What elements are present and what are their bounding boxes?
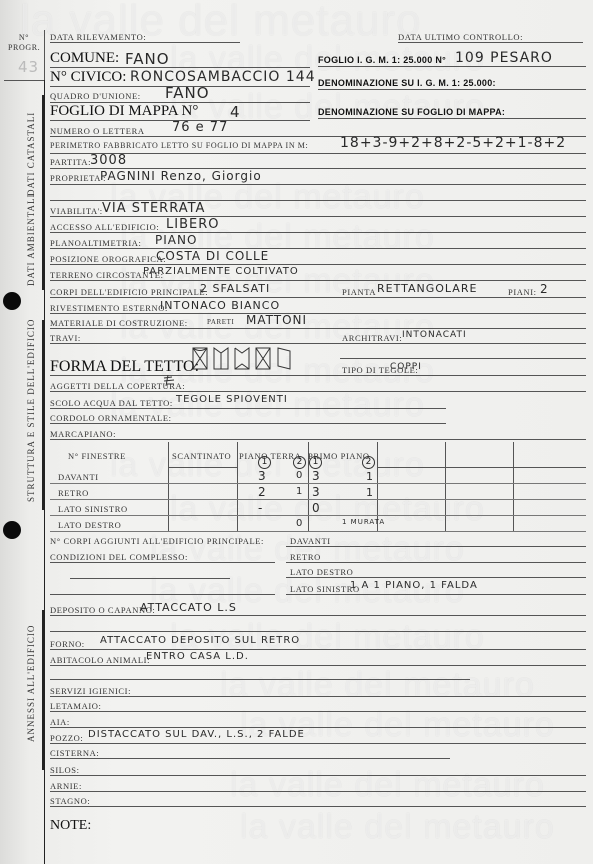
- finestre-pt1: 3: [258, 469, 267, 483]
- quadro-label: QUADRO D'UNIONE:: [50, 91, 141, 101]
- posizione-label: POSIZIONE OROGRAFICA:: [50, 254, 166, 264]
- marcapiano-label: MARCAPIANO:: [50, 429, 116, 439]
- arnie-label: ARNIE:: [50, 781, 82, 791]
- margin-line: [44, 30, 45, 864]
- rule: [377, 467, 586, 468]
- table-row-rule: [50, 483, 586, 484]
- watermark: la valle del metauro: [170, 490, 485, 529]
- section-label-annessi: ANNESSI ALL'EDIFICIO: [26, 625, 36, 742]
- rule: [50, 791, 586, 792]
- partita-value: 3008: [90, 153, 127, 168]
- roof-shape-options: [192, 345, 302, 373]
- rule: [50, 42, 240, 43]
- tipo-tegole-value: COPPI: [390, 362, 422, 372]
- quadro-value: FANO: [165, 84, 210, 102]
- abitacolo-label: ABITACOLO ANIMALI:: [50, 655, 150, 665]
- davanti-label: DAVANTI: [290, 536, 331, 546]
- progr-underline: [4, 80, 44, 81]
- rule: [50, 264, 586, 265]
- condizioni-label: CONDIZIONI DEL COMPLESSO:: [50, 552, 188, 562]
- civico-label: N° CIVICO:: [50, 69, 126, 86]
- rule: [50, 408, 446, 409]
- retro-label: RETRO: [290, 552, 321, 562]
- rule: [168, 467, 238, 468]
- rule: [398, 42, 583, 43]
- finestre-row-label: LATO DESTRO: [58, 520, 121, 530]
- accesso-value: LIBERO: [166, 217, 219, 232]
- rule: [50, 343, 586, 344]
- cisterna-label: CISTERNA:: [50, 748, 99, 758]
- finestre-pp2: 1 MURATA: [342, 518, 385, 526]
- rule: [50, 758, 450, 759]
- pozzo-value: DISTACCATO SUL DAV., L.S., 2 FALDE: [88, 729, 305, 740]
- table-row-rule: [50, 531, 586, 532]
- roof-option-4[interactable]: [256, 348, 270, 369]
- pianta-label: PIANTA: [342, 287, 376, 297]
- rule: [50, 153, 586, 154]
- rule: [50, 665, 586, 666]
- table-row-rule: [50, 499, 586, 500]
- rule: [318, 118, 586, 119]
- finestre-header-label: N° FINESTRE: [68, 451, 126, 461]
- rule: [50, 423, 446, 424]
- forno-value: ATTACCATO DEPOSITO SUL RETRO: [100, 635, 300, 646]
- finestre-pt2: 0: [296, 518, 303, 529]
- finestre-row-label: DAVANTI: [58, 472, 99, 482]
- rule: [50, 313, 586, 314]
- finestre-row-label: RETRO: [58, 488, 89, 498]
- pozzo-label: POZZO:: [50, 733, 83, 743]
- rule: [50, 67, 310, 68]
- bracket-ambientali: [42, 200, 44, 290]
- rule: [50, 391, 586, 392]
- sub-marker: 1: [309, 456, 322, 469]
- progr-divider: [44, 30, 45, 80]
- scolo-value: TEGOLE SPIOVENTI: [176, 394, 288, 405]
- progr-label: N° PROGR.: [8, 33, 40, 53]
- col-divider: [513, 442, 514, 532]
- rule: [340, 358, 586, 359]
- rule: [50, 297, 586, 298]
- col-divider: [237, 442, 238, 532]
- finestre-pp1: 0: [312, 501, 321, 515]
- rule: [286, 577, 586, 578]
- rule: [50, 649, 586, 650]
- section-label-ambientali: DATI AMBIENTALI: [26, 193, 36, 286]
- watermark: la valle del metauro: [230, 766, 545, 805]
- lato-sinistro-value: 1 A 1 PIANO, 1 FALDA: [350, 580, 478, 591]
- finestre-pt1: -: [258, 501, 263, 515]
- comune-value: FANO: [125, 50, 170, 68]
- data-ultimo-controllo-label: DATA ULTIMO CONTROLLO:: [398, 32, 523, 42]
- finestre-pp2: 1: [366, 470, 374, 483]
- watermark: la valle del metauro: [220, 666, 535, 705]
- rule: [50, 615, 586, 616]
- rivestimento-label: RIVESTIMENTO ESTERNO:: [50, 303, 168, 313]
- numero-lettera-label: NUMERO o LETTERA: [50, 126, 145, 136]
- rule: [50, 375, 586, 376]
- rivestimento-value: INTONACO BIANCO: [160, 299, 280, 312]
- accesso-label: ACCESSO ALL'EDIFICIO:: [50, 222, 159, 232]
- pareti-label: PARETI: [207, 318, 234, 326]
- pianta-value: RETTANGOLARE: [377, 282, 477, 295]
- rule: [50, 232, 586, 233]
- denom-igm-label: DENOMINAZIONE SU I. G. M. 1: 25.000:: [318, 78, 496, 88]
- survey-form-sheet: la valle del metauro la valle del metaur…: [0, 0, 593, 864]
- architravi-value: INTONACATI: [402, 330, 467, 340]
- servizi-label: SERVIZI IGIENICI:: [50, 686, 131, 696]
- col-divider: [445, 442, 446, 532]
- corpi-value: 2 SFALSATI: [200, 282, 270, 295]
- rule: [318, 89, 586, 90]
- partita-label: PARTITA:: [50, 157, 91, 167]
- finestre-pt2: 1: [296, 486, 303, 497]
- rule: [286, 594, 586, 595]
- sub-marker: 2: [362, 456, 375, 469]
- rule: [50, 743, 586, 744]
- denom-foglio-label: DENOMINAZIONE SU FOGLIO DI MAPPA:: [318, 107, 505, 117]
- finestre-row-label: LATO SINISTRO: [58, 504, 128, 514]
- perimetro-label: PERIMETRO FABBRICATO LETTO SU FOGLIO DI …: [50, 141, 308, 150]
- foglio-mappa-value: 4: [230, 103, 241, 121]
- rule: [50, 594, 275, 595]
- silos-label: SILOS:: [50, 765, 80, 775]
- rule: [70, 578, 230, 579]
- stagno-label: STAGNO:: [50, 796, 90, 806]
- table-row-rule: [50, 515, 586, 516]
- civico-value: RONCOSAMBACCIO 144: [130, 69, 316, 85]
- terreno-value: PARZIALMENTE COLTIVATO: [143, 266, 299, 277]
- igm-label: FOGLIO I. G. M. 1: 25.000 N°: [318, 55, 446, 65]
- viabilita-value: VIA STERRATA: [102, 201, 205, 216]
- roof-option-3[interactable]: [235, 348, 249, 369]
- comune-label: COMUNE:: [50, 50, 119, 67]
- proprieta-label: PROPRIETA':: [50, 173, 106, 183]
- forno-label: FORNO:: [50, 639, 85, 649]
- section-label-catastali: DATI CATASTALI: [26, 112, 36, 196]
- rule: [50, 328, 586, 329]
- rule: [50, 806, 586, 807]
- scolo-label: SCOLO ACQUA DAL TETTO:: [50, 398, 173, 408]
- cordolo-label: CORDOLO ORNAMENTALE:: [50, 413, 172, 423]
- rule: [50, 439, 586, 440]
- letamaio-label: LETAMAIO:: [50, 701, 101, 711]
- rule: [50, 280, 586, 281]
- rule: [50, 184, 586, 185]
- roof-option-5[interactable]: [278, 348, 290, 369]
- progr-value: 43: [18, 58, 39, 76]
- materiale-label: MATERIALE DI COSTRUZIONE:: [50, 318, 188, 328]
- forma-tetto-label: FORMA DEL TETTO:: [50, 358, 199, 376]
- finestre-pp1: 3: [312, 469, 321, 483]
- travi-label: TRAVI:: [50, 333, 81, 343]
- bracket-catastali: [42, 95, 44, 205]
- rule: [50, 696, 586, 697]
- foglio-mappa-label: FOGLIO DI MAPPA N°: [50, 103, 198, 120]
- piani-label: PIANI:: [508, 287, 537, 297]
- perimetro-value: 18+3-9+2+8+2-5+2+1-8+2: [340, 135, 566, 151]
- rule: [50, 727, 586, 728]
- rule: [50, 775, 586, 776]
- corpi-label: CORPI DELL'EDIFICIO PRINCIPALE:: [50, 287, 208, 297]
- watermark: la valle del metauro: [240, 808, 555, 847]
- finestre-pt1: 2: [258, 485, 267, 499]
- proprieta-value: PAGNINI Renzo, Giorgio: [100, 169, 262, 183]
- rule: [50, 679, 470, 680]
- binder-hole: [3, 292, 21, 310]
- aia-label: AIA:: [50, 717, 70, 727]
- rule: [50, 248, 586, 249]
- bracket-struttura: [42, 320, 44, 510]
- posizione-value: COSTA DI COLLE: [156, 249, 269, 263]
- rule: [286, 546, 586, 547]
- sub-marker: 2: [293, 456, 306, 469]
- bracket-annessi: [42, 610, 44, 770]
- rule: [50, 562, 275, 563]
- binder-hole: [3, 521, 21, 539]
- roof-option-1[interactable]: [193, 348, 207, 369]
- rule: [50, 711, 586, 712]
- rule: [50, 631, 586, 632]
- igm-value: 109 PESARO: [455, 50, 553, 66]
- note-label: NOTE:: [50, 818, 91, 834]
- data-rilevamento-label: DATA RILEVAMENTO:: [50, 32, 146, 42]
- finestre-pp2: 1: [366, 486, 374, 499]
- col-divider: [168, 442, 169, 532]
- sub-marker: 1: [258, 456, 271, 469]
- viabilita-label: VIABILITA':: [50, 206, 103, 216]
- rule: [318, 66, 586, 67]
- roof-option-2[interactable]: [214, 348, 228, 369]
- planoaltimetria-value: PIANO: [155, 233, 197, 247]
- aggetti-sketch: [162, 374, 176, 388]
- abitacolo-value: ENTRO CASA L.D.: [146, 651, 249, 662]
- piani-value: 2: [540, 282, 549, 296]
- finestre-pp1: 3: [312, 485, 321, 499]
- planoaltimetria-label: PLANOALTIMETRIA:: [50, 238, 141, 248]
- finestre-header-scantinato: SCANTINATO: [172, 451, 231, 461]
- materiale-value: MATTONI: [246, 313, 307, 327]
- numero-lettera-value: 76 e 77: [172, 120, 228, 135]
- finestre-pt2: 0: [296, 470, 303, 481]
- lato-destro-label: LATO DESTRO: [290, 567, 353, 577]
- rule: [286, 562, 586, 563]
- section-label-struttura: STRUTTURA E STILE DELL'EDIFICIO: [26, 319, 36, 502]
- architravi-label: ARCHITRAVI:: [342, 333, 402, 343]
- corpi-aggiunti-label: N° CORPI AGGIUNTI ALL'EDIFICIO PRINCIPAL…: [50, 536, 264, 546]
- rule: [50, 216, 586, 217]
- deposito-value: ATTACCATO L.S: [140, 601, 237, 614]
